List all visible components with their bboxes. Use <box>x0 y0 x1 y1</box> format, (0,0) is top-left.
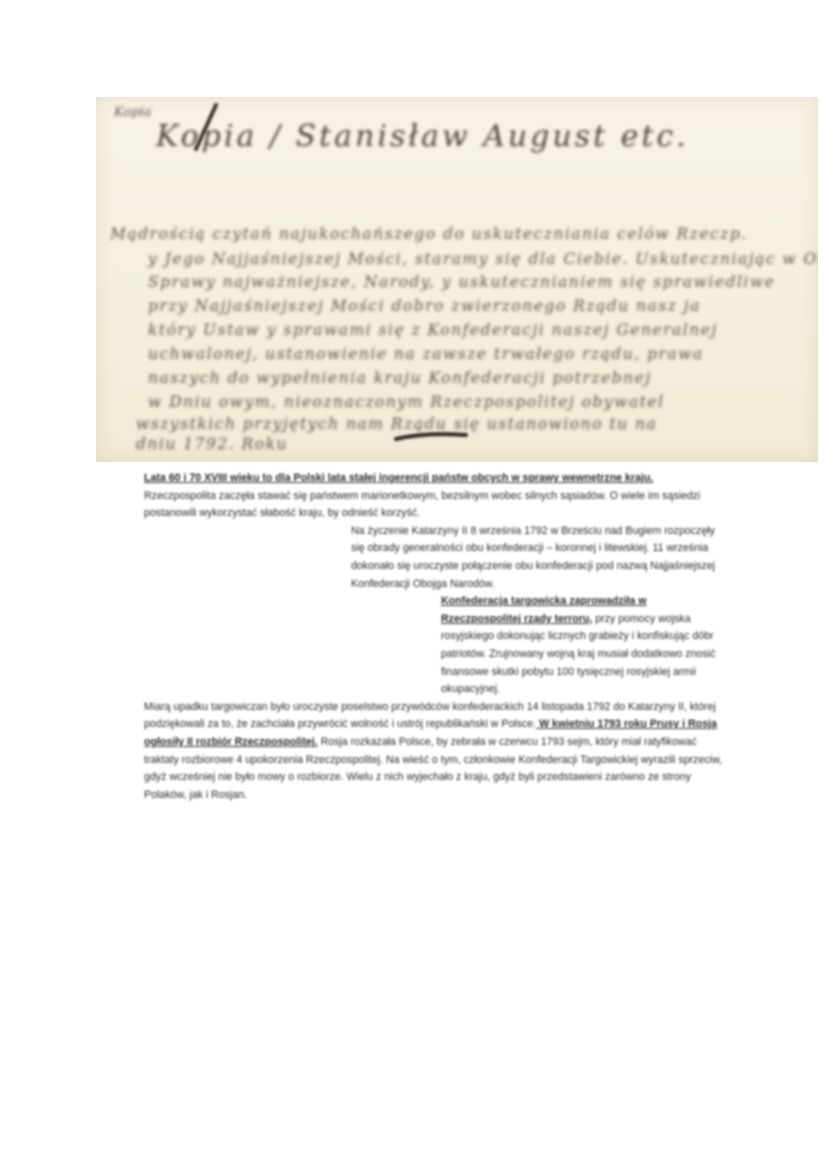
letter-line: y Jego Najjaśniejszej Mości, staramy się… <box>148 250 818 268</box>
letter-corner-note: Kopia <box>114 105 151 120</box>
paragraph-1: Lata 60 i 70 XVIII wieku to dla Polski l… <box>96 470 728 523</box>
paragraph-4: Miarą upadku targowiczan było uroczyste … <box>96 699 728 805</box>
letter-line: Mądrością czytań najukochańszego do usku… <box>110 225 748 243</box>
letter-line: dniu 1792. Roku <box>136 435 288 453</box>
body-text: Lata 60 i 70 XVIII wieku to dla Polski l… <box>96 470 728 804</box>
letter-line: uchwalonej, ustanowienie na zawsze trwał… <box>148 345 704 363</box>
handwritten-letter-photo: Kopia Kopia / Stanisław August etc. Mądr… <box>96 97 818 462</box>
letter-line: Sprawy najważniejsze, Narody, y uskutecz… <box>148 273 775 291</box>
paragraph-text: Na życzenie Katarzyny II 8 września 1792… <box>351 525 715 590</box>
letter-salutation: Kopia / Stanisław August etc. <box>156 119 689 154</box>
letter-line: przy Najjaśniejszej Mości dobro zwierzon… <box>148 297 701 315</box>
paragraph-text: przy pomocy wojska rosyjskiego dokonując… <box>441 613 715 695</box>
paragraph-3: Konfederacja targowicka zaprowadziła w R… <box>96 593 728 699</box>
letter-line: w Dniu owym, nieoznaczonym Rzeczpospolit… <box>148 393 665 411</box>
paragraph-2: Na życzenie Katarzyny II 8 września 1792… <box>96 523 728 593</box>
letter-line: wszystkich przyjętych nam Rządu się usta… <box>136 415 657 433</box>
letter-line: naszych do wypełnienia kraju Konfederacj… <box>148 369 652 387</box>
emphasis-heading: Lata 60 i 70 XVIII wieku to dla Polski l… <box>144 472 653 484</box>
paragraph-text: Rzeczpospolita zaczęła stawać się państw… <box>144 490 700 520</box>
letter-line: który Ustaw y sprawami się z Konfederacj… <box>148 321 718 339</box>
